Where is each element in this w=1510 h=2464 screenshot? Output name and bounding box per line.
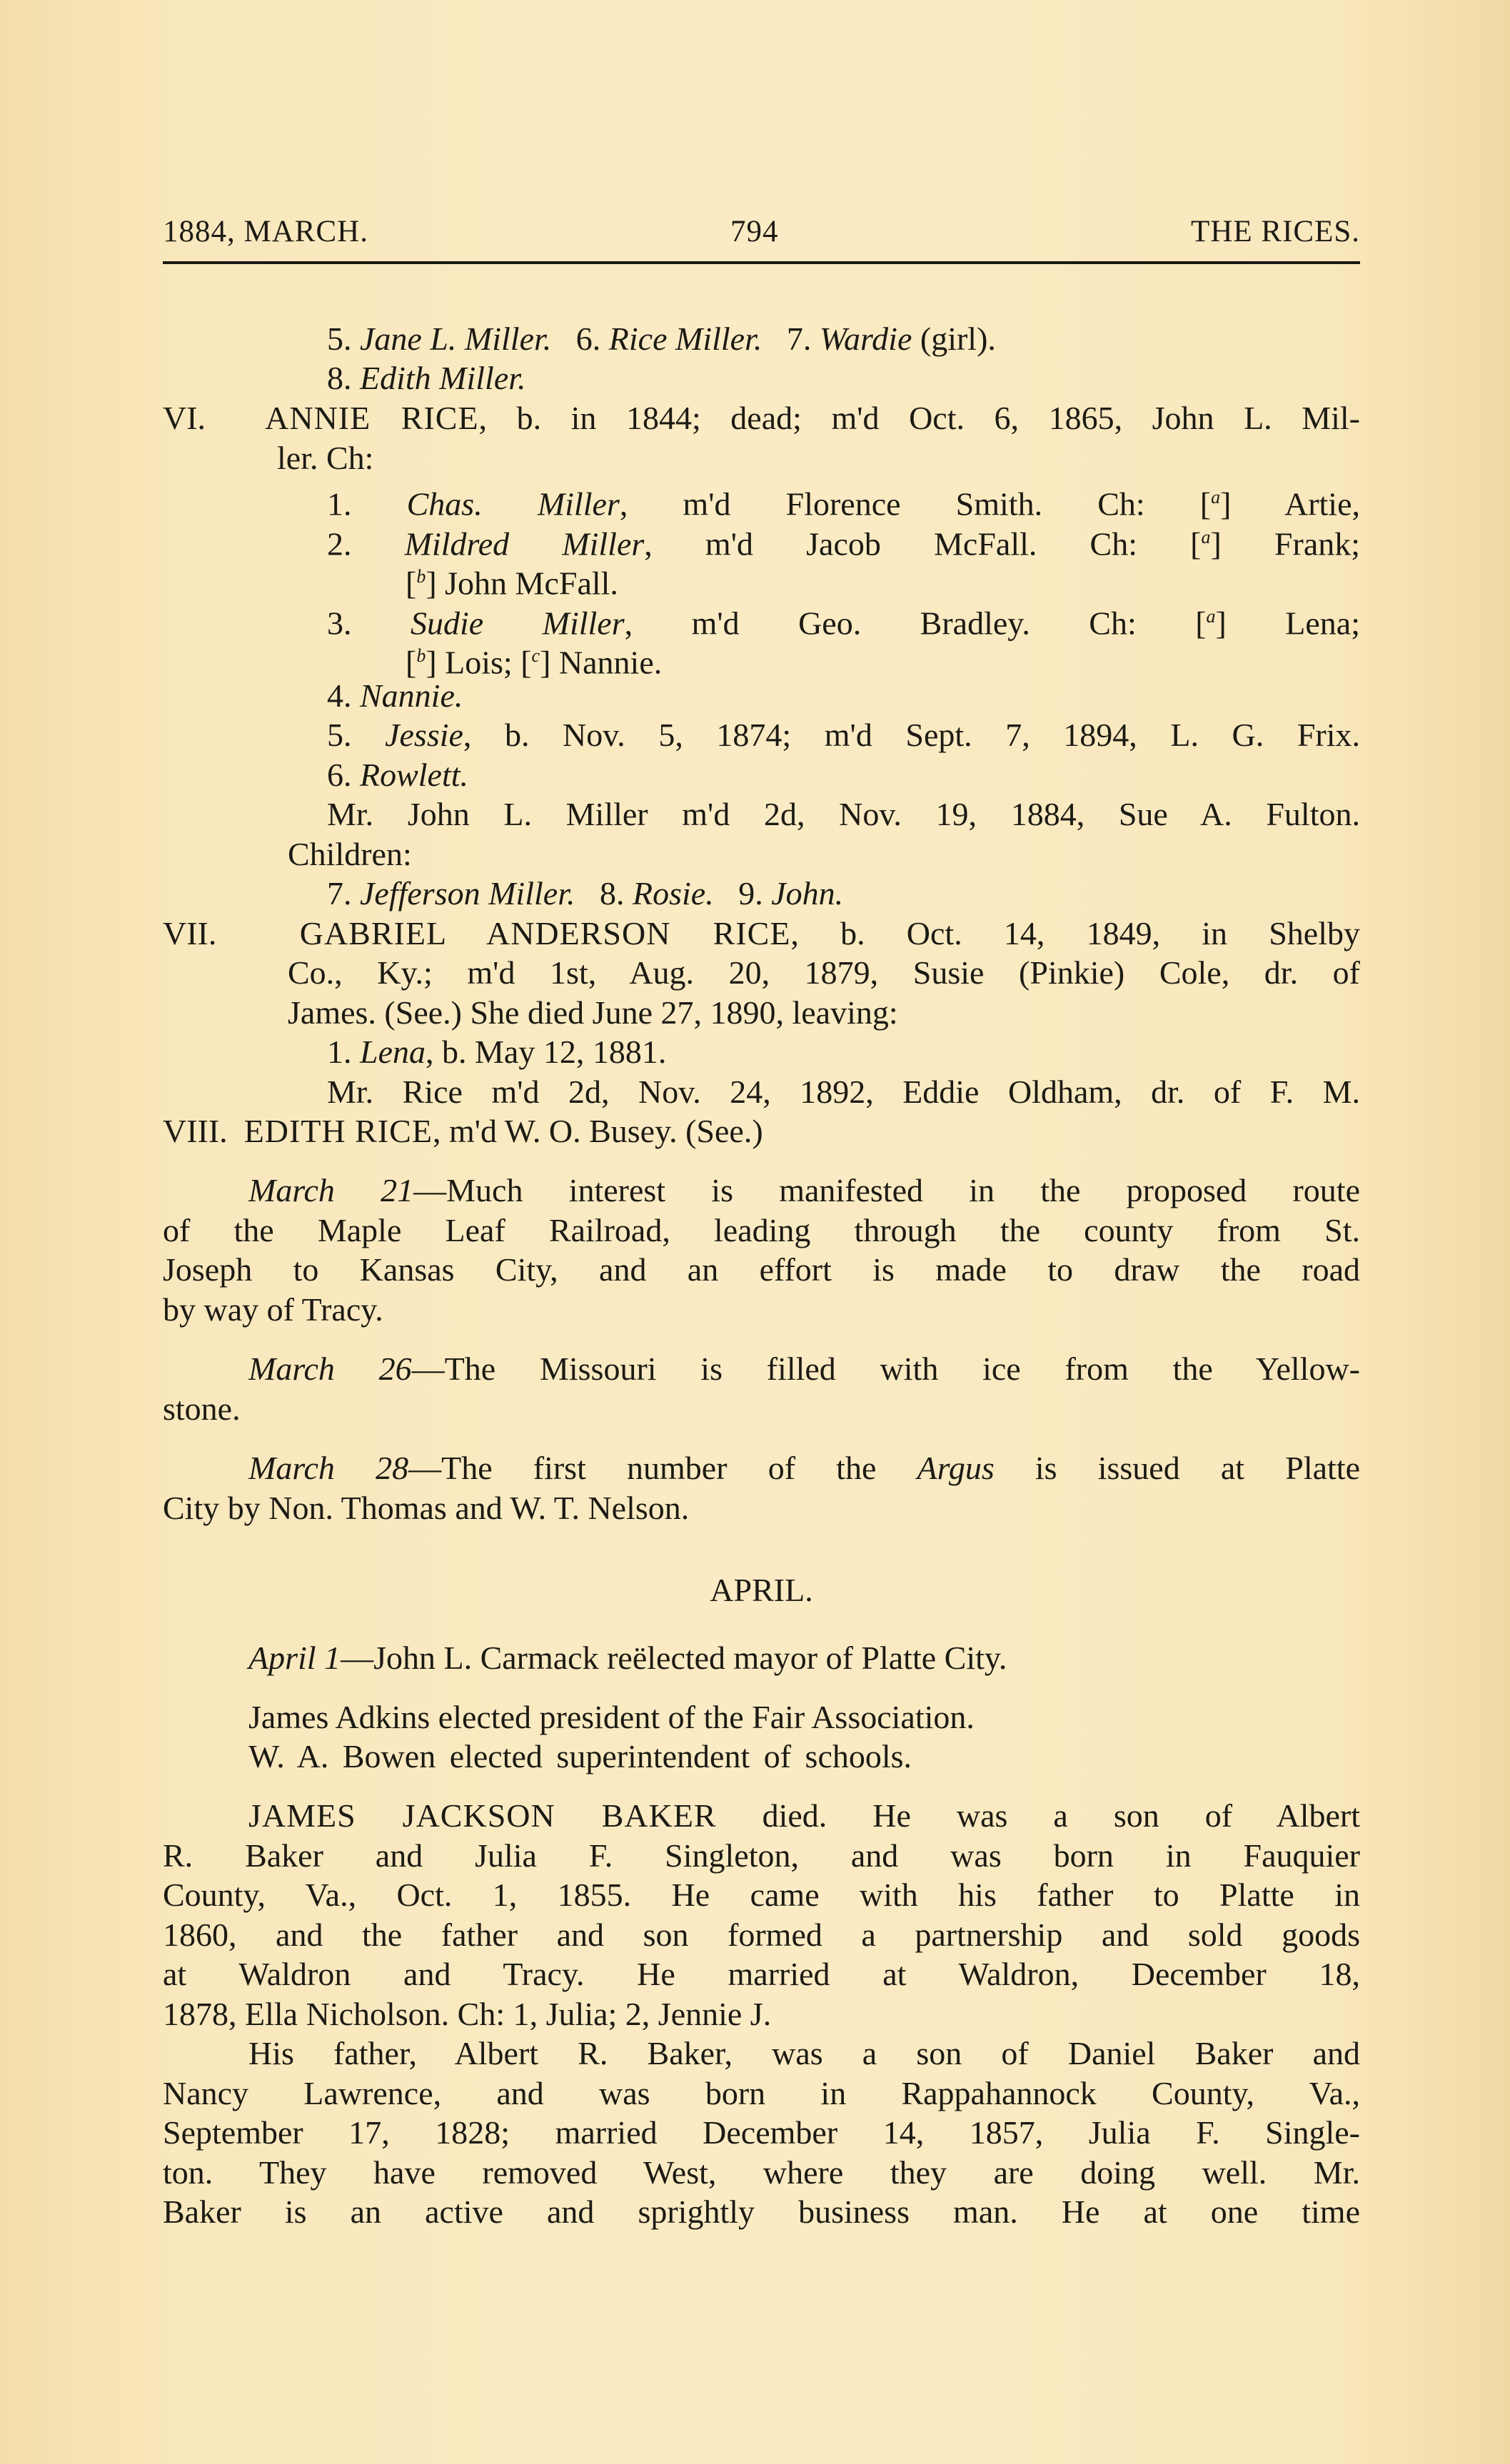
entry-date: March 21 [248,1172,413,1208]
child-name: Edith Miller. [360,360,526,396]
item-number: 7. [787,320,812,357]
entry-date: March 26 [248,1350,412,1387]
item-number: 8. [600,875,625,912]
entry-text: ] Artie, [1220,485,1360,522]
entry-text: at Waldron and Tracy. He married at Wald… [163,1954,1360,1994]
child-entry: 6. Rowlett. [327,755,1360,795]
person-name: EDITH RICE [244,1113,433,1149]
child-name: Jessie [385,717,463,753]
entry-text: His father, Albert R. Baker, was a son o… [248,2034,1360,2074]
superscript: b [416,566,426,587]
children-line: 8. Edith Miller. [327,358,1360,398]
entry-text: ] John McFall. [426,565,618,601]
entry-text: by way of Tracy. [163,1290,1360,1330]
entry-text: County, Va., Oct. 1, 1855. He came with … [163,1875,1360,1915]
entry-text: R. Baker and Julia F. Singleton, and was… [163,1836,1360,1876]
item-number: 1. [327,1034,352,1070]
entry-text: , b. May 12, 1881. [426,1034,666,1070]
entry-text: —John L. Carmack reëlected mayor of Plat… [341,1640,1007,1676]
superscript: a [1211,487,1220,508]
superscript: c [532,645,540,666]
person-name: GABRIEL ANDERSON RICE [300,915,791,951]
section-heading-april: APRIL. [163,1570,1360,1610]
page-number: 794 [730,214,779,249]
running-head-left: 1884, MARCH. [163,214,368,249]
child-note: (girl). [920,320,996,357]
entry-text: Joseph to Kansas City, and an effort is … [163,1250,1360,1290]
children-label: Children: [288,834,1360,874]
entry-text: , m'd W. O. Busey. (See.) [433,1113,763,1149]
entry-text: —The first number of the [408,1450,917,1486]
entry-text: , b. Oct. 14, 1849, in Shelby [790,915,1360,951]
entry-text: September 17, 1828; married December 14,… [163,2113,1360,2153]
entry-text: City by Non. Thomas and W. T. Nelson. [163,1488,1360,1528]
item-number: 9. [738,875,763,912]
entry-text: [ [406,565,416,601]
obituary-entry: JAMES JACKSON BAKER died. He was a son o… [248,1796,1360,1836]
child-entry: 1. Lena, b. May 12, 1881. [327,1032,1360,1072]
entry-text: died. He was a son of Albert [717,1797,1360,1834]
entry-date: April 1 [248,1640,341,1676]
child-entry-cont: [b] John McFall. [406,557,1360,597]
chronicle-entry: March 26—The Missouri is filled with ice… [248,1349,1360,1389]
item-number: 6. [576,320,601,357]
roman-numeral: VI. [163,400,206,436]
child-name: Nannie. [360,677,463,714]
header-rule [163,261,1360,264]
second-marriage: Mr. John L. Miller m'd 2d, Nov. 19, 1884… [327,794,1360,834]
chronicle-entry: March 28—The first number of the Argus i… [248,1448,1360,1488]
entry-text: 1860, and the father and son formed a pa… [163,1915,1360,1955]
roman-numeral: VII. [163,915,216,951]
child-name: Jane L. Miller. [360,320,551,357]
chronicle-entry: James Adkins elected president of the Fa… [248,1697,1360,1737]
child-entry: 1. Chas. Miller, m'd Florence Smith. Ch:… [327,478,1360,517]
entry-text: —Much interest is manifested in the prop… [413,1172,1360,1208]
second-marriage: Mr. Rice m'd 2d, Nov. 24, 1892, Eddie Ol… [327,1072,1360,1112]
child-name: Rowlett. [360,757,468,793]
entry-text: is issued at Platte [995,1450,1360,1486]
entry-text: ] Nannie. [540,644,662,680]
entry-annie-rice: VI. ANNIE RICE, b. in 1844; dead; m'd Oc… [163,398,1360,438]
child-name: Rice Miller. [609,320,762,357]
entry-text: Nancy Lawrence, and was born in Rappahan… [163,2074,1360,2114]
entry-text: stone. [163,1389,1360,1429]
chronicle-entry: April 1—John L. Carmack reëlected mayor … [248,1638,1360,1678]
entry-date: March 28 [248,1450,408,1486]
child-entry-cont: [b] Lois; [c] Nannie. [406,636,1360,676]
child-entry: 2. Mildred Miller, m'd Jacob McFall. Ch:… [327,517,1360,557]
item-number: 4. [327,677,352,714]
entry-edith-rice: VIII. EDITH RICE, m'd W. O. Busey. (See.… [163,1111,1360,1151]
chronicle-entry: W. A. Bowen elected superintendent of sc… [248,1737,1360,1777]
item-number: 5. [327,320,352,357]
item-number: 8. [327,360,352,396]
child-name: Lena [360,1034,426,1070]
superscript: a [1207,606,1216,627]
children-line: 7. Jefferson Miller. 8. Rosie. 9. John. [327,874,1360,914]
children-line: 5. Jane L. Miller. 6. Rice Miller. 7. Wa… [327,319,1360,359]
item-number: 2. [327,525,352,562]
child-name: Jefferson Miller. [360,875,575,912]
entry-text: ] Lois; [ [426,644,531,680]
entry-text: [ [406,644,416,680]
chronicle-entry: March 21—Much interest is manifested in … [248,1171,1360,1211]
newspaper-title: Argus [917,1450,995,1486]
item-number: 1. [327,485,352,522]
entry-text: 1878, Ella Nicholson. Ch: 1, Julia; 2, J… [163,1994,1360,2034]
child-entry: 5. Jessie, b. Nov. 5, 1874; m'd Sept. 7,… [327,715,1360,755]
superscript: a [1201,527,1210,547]
entry-text: Co., Ky.; m'd 1st, Aug. 20, 1879, Susie … [288,953,1360,993]
roman-numeral: VIII. [163,1113,228,1149]
entry-text: Baker is an active and sprightly busines… [163,2192,1360,2232]
running-head-right: THE RICES. [1191,214,1360,249]
item-number: 6. [327,757,352,793]
entry-text: , b. Nov. 5, 1874; m'd Sept. 7, 1894, L.… [463,717,1360,753]
child-name: Wardie [820,320,912,357]
entry-text: James. (See.) She died June 27, 1890, le… [288,993,1360,1033]
running-head: 1884, MARCH. 794 THE RICES. [163,214,1360,257]
entry-text: , b. in 1844; dead; m'd Oct. 6, 1865, Jo… [479,400,1360,436]
superscript: b [416,645,426,666]
child-entry: 3. Sudie Miller, m'd Geo. Bradley. Ch: [… [327,597,1360,637]
child-name: Chas. Miller [407,485,620,522]
person-name: JAMES JACKSON BAKER [248,1797,717,1834]
entry-text: —The Missouri is filled with ice from th… [412,1350,1360,1387]
entry-gabriel-rice: VII. GABRIEL ANDERSON RICE, b. Oct. 14, … [163,914,1360,954]
item-number: 3. [327,605,352,641]
entry-text: ler. Ch: [277,438,1360,478]
entry-text: ton. They have removed West, where they … [163,2153,1360,2193]
entry-text: of the Maple Leaf Railroad, leading thro… [163,1211,1360,1251]
child-name: Rosie. [633,875,714,912]
entry-text: , m'd Florence Smith. Ch: [ [620,485,1211,522]
child-name: John. [771,875,843,912]
child-entry: 4. Nannie. [327,676,1360,716]
item-number: 5. [327,717,352,753]
person-name: ANNIE RICE [265,400,478,436]
item-number: 7. [327,875,352,912]
